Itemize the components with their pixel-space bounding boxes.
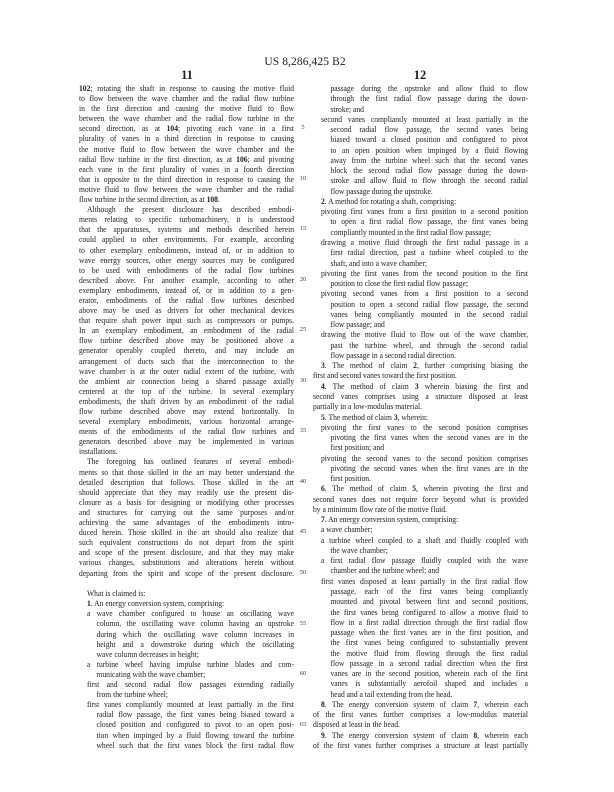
text-segment: . A method for rotating a shaft, compris…: [325, 196, 456, 206]
text-line: through the first radial flow passage du…: [313, 93, 528, 103]
text-segment: and structures for carrying out the same…: [79, 507, 294, 517]
text-line: the wave chamber;: [313, 545, 528, 555]
line-number: 15: [296, 225, 310, 233]
line-number: 50: [296, 569, 310, 577]
column-number-right: 12: [400, 68, 440, 82]
text-segment: of the first vanes further comprises a s…: [313, 740, 528, 750]
text-line: 2. A method for rotating a shaft, compri…: [313, 196, 528, 206]
text-line: 102; rotating the shaft in response to c…: [79, 83, 294, 93]
text-line: that the apparatuses, systems and method…: [79, 224, 294, 234]
text-line: vanes is substantially aerofoil shaped a…: [313, 678, 528, 688]
text-line: installations.: [79, 446, 294, 456]
text-segment: generators described above may be implem…: [79, 436, 294, 446]
text-line: erator, embodiments of the radial flow t…: [79, 295, 294, 305]
text-line: a first radial flow passage fluidly coup…: [313, 555, 528, 565]
text-line: shaft, and into a wave chamber;: [313, 258, 528, 268]
text-segment: the ambient air connection being a share…: [79, 376, 294, 386]
text-segment: a wave chamber configured to house an os…: [87, 608, 294, 618]
text-segment: flow passage in a second radial directio…: [330, 658, 528, 668]
text-segment: wave column decreases in height;: [96, 649, 198, 659]
text-line: closure as a basis for designing or modi…: [79, 497, 294, 507]
line-number: 45: [296, 528, 310, 536]
text-line: by a minimum flow rate of the motive flu…: [313, 504, 528, 514]
text-segment: flow in a first radial direction through…: [330, 617, 528, 627]
text-line: the ambient air connection being a share…: [79, 376, 294, 386]
text-line: ments relating to specific turbomachiner…: [79, 214, 294, 224]
text-segment: stroke; and: [330, 104, 364, 114]
text-segment: flow turbine described above may be posi…: [79, 335, 294, 345]
text-segment: first position.: [330, 473, 371, 483]
text-segment: ; rotating the shaft in response to caus…: [90, 83, 294, 93]
text-segment: wave chamber is at the outer radial exte…: [79, 366, 294, 376]
text-line: flow turbine in the second direction, as…: [79, 194, 294, 204]
reference-number: 108: [207, 194, 218, 204]
line-number: 35: [296, 427, 310, 435]
text-line: pivoting the first vanes from the second…: [313, 268, 528, 278]
line-number: 30: [296, 377, 310, 385]
text-segment: flow turbine in the second direction, as…: [79, 194, 207, 204]
text-line: away from the turbine wheel such that th…: [313, 155, 528, 165]
text-line: such equivalent constructions do not dep…: [79, 537, 294, 547]
text-line: to open a first radial flow passage, the…: [313, 216, 528, 226]
text-segment: first radial direction, past a turbine w…: [330, 247, 528, 257]
text-line: The foregoing has outlined features of s…: [79, 456, 294, 466]
text-segment: closed position and configured to pivot …: [96, 719, 294, 729]
text-segment: shaft, and into a wave chamber;: [330, 258, 427, 268]
text-line: partially in a low-modulus material.: [313, 401, 528, 411]
text-segment: centered at the top of the turbine. In s…: [79, 386, 294, 396]
text-segment: motive fluid to flow between the wave ch…: [79, 184, 294, 194]
text-line: achieving the same advantages of the emb…: [79, 517, 294, 527]
text-line: the first vanes being configured to allo…: [313, 607, 528, 617]
text-line: generator operably coupled thereto, and …: [79, 345, 294, 355]
text-line: tion when impinged by a fluid flowing to…: [79, 730, 294, 740]
text-line: exemplary embodiments, instead of, or in…: [79, 285, 294, 295]
text-segment: . The method of claim: [325, 412, 394, 422]
text-segment: passage during the upstroke and allow fl…: [330, 83, 528, 93]
text-segment: detailed description that follows. Those…: [79, 477, 294, 487]
text-line: 3. The method of claim 2, further compri…: [313, 360, 528, 370]
text-line: vanes are in the second position, wherei…: [313, 668, 528, 678]
text-segment: to flow between the wave chamber and the…: [79, 93, 294, 103]
text-line: to flow between the wave chamber and the…: [79, 93, 294, 103]
patent-page: US 8,286,425 B2 11 12 102; rotating the …: [0, 0, 614, 792]
text-column-left: 102; rotating the shaft in response to c…: [79, 83, 294, 750]
text-line: flow passage in a second radial directio…: [313, 658, 528, 668]
text-segment: , wherein pivoting the first and: [416, 483, 528, 493]
text-segment: closure as a basis for designing or modi…: [79, 497, 294, 507]
text-segment: the wave chamber;: [330, 545, 387, 555]
text-segment: Although the present disclosure has desc…: [87, 204, 294, 214]
text-line: that require shaft power input such as c…: [79, 315, 294, 325]
text-line: pivoting the first vanes to the second p…: [313, 422, 528, 432]
text-line: described above. For another example, ac…: [79, 275, 294, 285]
text-line: duced herein. Those skilled in the art s…: [79, 527, 294, 537]
text-segment: In an exemplary embodiment, an embodimen…: [79, 325, 294, 335]
text-segment: several exemplary embodiments, various h…: [79, 416, 294, 426]
text-line: of the first vanes further comprises a l…: [313, 709, 528, 719]
reference-number: 102: [79, 83, 90, 93]
text-line: first radial direction, past a turbine w…: [313, 247, 528, 257]
text-segment: to other exemplary embodiments, instead …: [79, 245, 294, 255]
text-line: first position; and: [313, 442, 528, 452]
text-line: drawing the motive fluid to flow out of …: [313, 329, 528, 339]
reference-number: 106: [236, 154, 247, 164]
text-line: above may be used as drivers for other m…: [79, 305, 294, 315]
text-segment: the first vanes being configured to subs…: [330, 637, 528, 647]
text-line: flow passage; and: [313, 319, 528, 329]
text-segment: between the wave chamber and the radial …: [79, 113, 294, 123]
text-line: pivoting the first vanes when the second…: [313, 432, 528, 442]
text-segment: . The method of claim: [325, 360, 413, 370]
text-segment: ; and pivoting: [248, 154, 294, 164]
text-segment: . The energy conversion system of claim: [325, 699, 474, 709]
text-line: flow in a first radial direction through…: [313, 617, 528, 627]
text-line: a turbine wheel coupled to a shaft and f…: [313, 535, 528, 545]
text-line: ments so that those skilled in the art m…: [79, 467, 294, 477]
text-segment: from the turbine wheel;: [96, 689, 167, 699]
line-number: 10: [296, 175, 310, 183]
text-line: each vane in the first plurality of vane…: [79, 164, 294, 174]
text-line: should appreciate that they may readily …: [79, 487, 294, 497]
text-line: first vanes disposed at least partially …: [313, 576, 528, 586]
text-line: during which the oscillating wave column…: [79, 629, 294, 639]
text-segment: installations.: [79, 446, 118, 456]
text-line: vanes being compliantly mounted in the s…: [313, 309, 528, 319]
text-line: the first vanes being configured to subs…: [313, 637, 528, 647]
text-line: passage when the first vanes are in the …: [313, 627, 528, 637]
text-line: that is opposite to the third direction …: [79, 174, 294, 184]
text-line: between the wave chamber and the radial …: [79, 113, 294, 123]
text-line: 4. The method of claim 3 wherein biasing…: [313, 381, 528, 391]
text-segment: erator, embodiments of the radial flow t…: [79, 295, 294, 305]
text-segment: head and a tail extending from the head.: [330, 689, 452, 699]
text-segment: What is claimed is:: [87, 588, 145, 598]
text-line: Although the present disclosure has desc…: [79, 204, 294, 214]
text-line: flow turbine described above may extend …: [79, 406, 294, 416]
text-segment: ments relating to specific turbomachiner…: [79, 214, 294, 224]
text-segment: municating with the wave chamber;: [96, 669, 205, 679]
text-segment: a wave chamber;: [321, 524, 372, 534]
text-segment: first and second radial flow passages ex…: [87, 679, 294, 689]
text-segment: that require shaft power input such as c…: [79, 315, 294, 325]
text-line: embodiments, the shaft driven by an embo…: [79, 396, 294, 406]
text-segment: pivoting the first vanes from the second…: [321, 268, 528, 278]
text-line: several exemplary embodiments, various h…: [79, 416, 294, 426]
text-segment: first vanes disposed at least partially …: [321, 576, 528, 586]
text-segment: radial flow turbine in the first directi…: [79, 154, 236, 164]
text-segment: second direction, as at: [79, 123, 167, 133]
text-segment: above may be used as drivers for other m…: [79, 305, 294, 315]
text-segment: achieving the same advantages of the emb…: [79, 517, 294, 527]
text-line: stroke; and: [313, 104, 528, 114]
text-line: second vanes does not require force beyo…: [313, 494, 528, 504]
text-segment: exemplary embodiments, instead of, or in…: [79, 285, 294, 295]
text-line: drawing a motive fluid through the first…: [313, 237, 528, 247]
text-line: to other exemplary embodiments, instead …: [79, 245, 294, 255]
text-segment: . The energy conversion system of claim: [325, 730, 474, 740]
blank-line: [79, 578, 294, 589]
text-line: second vanes comprises using a structure…: [313, 391, 528, 401]
text-line: to be used with embodiments of the radia…: [79, 265, 294, 275]
text-segment: through the first radial flow passage du…: [330, 93, 528, 103]
line-number: 60: [296, 670, 310, 678]
text-line: 7. An energy conversion system, comprisi…: [313, 514, 528, 524]
text-segment: position to close the first radial flow …: [330, 278, 468, 288]
text-line: column, the oscillating wave column havi…: [79, 618, 294, 628]
text-line: second direction, as at 104; pivoting ea…: [79, 123, 294, 133]
text-segment: . The method of claim: [325, 483, 412, 493]
text-line: wheel such that the first vanes block th…: [79, 740, 294, 750]
text-line: radial flow passage, the first vanes bei…: [79, 709, 294, 719]
text-line: various changes, substitutions and alter…: [79, 557, 294, 567]
text-line: biased toward a closed position and conf…: [313, 134, 528, 144]
text-column-right: passage during the upstroke and allow fl…: [313, 83, 528, 750]
text-segment: . The method of claim: [325, 381, 415, 391]
text-line: position to open a second radial flow pa…: [313, 299, 528, 309]
text-segment: stroke and allow fluid to flow through t…: [330, 175, 528, 185]
text-line: pivoting the second vanes to the second …: [313, 453, 528, 463]
text-line: 8. The energy conversion system of claim…: [313, 699, 528, 709]
text-line: 5. The method of claim 3, wherein:: [313, 412, 528, 422]
text-segment: that is opposite to the third direction …: [79, 174, 294, 184]
text-segment: position to open a second radial flow pa…: [330, 299, 528, 309]
text-line: a wave chamber;: [313, 524, 528, 534]
text-segment: ; pivoting each vane in a first: [178, 123, 294, 133]
text-segment: flow passage in a second radial directio…: [330, 350, 455, 360]
text-segment: flow passage during the upstroke.: [330, 186, 432, 196]
text-segment: that the apparatuses, systems and method…: [79, 224, 294, 234]
text-line: passage, each of the first vanes being c…: [313, 586, 528, 596]
text-segment: pivoting the second vanes to the second …: [321, 453, 528, 463]
text-line: the motive fluid from flowing through th…: [313, 648, 528, 658]
text-segment: described above. For another example, ac…: [79, 275, 294, 285]
text-segment: wherein biasing the first and: [419, 381, 528, 391]
text-line: compliantly mounted in the first radial …: [313, 227, 528, 237]
text-line: motive fluid to flow between the wave ch…: [79, 184, 294, 194]
text-line: flow passage during the upstroke.: [313, 186, 528, 196]
text-segment: chamber and the turbine wheel; and: [330, 565, 439, 575]
text-line: 6. The method of claim 5, wherein pivoti…: [313, 483, 528, 493]
text-line: What is claimed is:: [79, 588, 294, 598]
text-line: chamber and the turbine wheel; and: [313, 565, 528, 575]
text-segment: duced herein. Those skilled in the art s…: [79, 527, 294, 537]
text-line: closed position and configured to pivot …: [79, 719, 294, 729]
text-line: past the turbine wheel, and through the …: [313, 340, 528, 350]
line-number: 65: [296, 721, 310, 729]
text-line: flow turbine described above may be posi…: [79, 335, 294, 345]
text-line: mounted and pivotal between first and se…: [313, 596, 528, 606]
text-segment: pivoting second vanes from a first posit…: [321, 288, 528, 298]
text-line: first vanes compliantly mounted at least…: [79, 699, 294, 709]
line-number: 25: [296, 326, 310, 334]
text-segment: The foregoing has outlined features of s…: [87, 456, 294, 466]
text-segment: , wherein each: [477, 699, 528, 709]
text-line: arrangement of ducts such that the inter…: [79, 356, 294, 366]
text-line: in the first direction and causing the m…: [79, 103, 294, 113]
text-segment: the first vanes being configured to allo…: [330, 607, 528, 617]
text-segment: . An energy conversion system, comprisin…: [91, 598, 224, 608]
text-segment: second vanes comprises using a structure…: [313, 391, 528, 401]
text-segment: to be used with embodiments of the radia…: [79, 265, 294, 275]
text-line: 9. The energy conversion system of claim…: [313, 730, 528, 740]
text-line: a wave chamber configured to house an os…: [79, 608, 294, 618]
text-line: stroke and allow fluid to flow through t…: [313, 175, 528, 185]
patent-number-header: US 8,286,425 B2: [205, 55, 405, 69]
text-segment: biased toward a closed position and conf…: [330, 134, 528, 144]
text-line: height and a downstroke during which the…: [79, 639, 294, 649]
text-line: generators described above may be implem…: [79, 436, 294, 446]
text-segment: passage, each of the first vanes being c…: [330, 586, 528, 596]
text-line: 1. An energy conversion system, comprisi…: [79, 598, 294, 608]
text-segment: of the first vanes further comprises a l…: [313, 709, 528, 719]
text-segment: pivoting the second vanes when the first…: [330, 463, 528, 473]
text-segment: vanes is substantially aerofoil shaped a…: [330, 678, 528, 688]
text-line: a turbine wheel having impulse turbine b…: [79, 659, 294, 669]
text-segment: ments of the embodiments of the radial f…: [79, 426, 294, 436]
text-segment: first vanes compliantly mounted at least…: [87, 699, 294, 709]
text-line: pivoting the second vanes when the first…: [313, 463, 528, 473]
text-segment: drawing the motive fluid to flow out of …: [321, 329, 528, 339]
text-line: and structures for carrying out the same…: [79, 507, 294, 517]
text-segment: various changes, substitutions and alter…: [79, 557, 294, 567]
text-segment: pivoting the first vanes when the second…: [330, 432, 528, 442]
text-segment: pivoting first vanes from a first positi…: [321, 206, 528, 216]
text-segment: first and second vanes toward the first …: [313, 370, 457, 380]
text-segment: wheel such that the first vanes block th…: [96, 740, 294, 750]
text-segment: should appreciate that they may readily …: [79, 487, 294, 497]
line-number: 55: [296, 620, 310, 628]
text-segment: to open a first radial flow passage, the…: [330, 216, 528, 226]
text-segment: and scope of the present disclosure, and…: [79, 547, 294, 557]
text-line: head and a tail extending from the head.: [313, 689, 528, 699]
text-segment: .: [218, 194, 220, 204]
text-line: wave column decreases in height;: [79, 649, 294, 659]
text-line: disposed at least in the head.: [313, 719, 528, 729]
text-line: from the turbine wheel;: [79, 689, 294, 699]
text-line: position to close the first radial flow …: [313, 278, 528, 288]
text-line: first position.: [313, 473, 528, 483]
line-number: 40: [296, 478, 310, 486]
text-segment: second vanes does not require force beyo…: [313, 494, 528, 504]
text-segment: each vane in the first plurality of vane…: [79, 164, 294, 174]
text-line: block the second radial flow passage dur…: [313, 165, 528, 175]
text-line: of the first vanes further comprises a s…: [313, 740, 528, 750]
text-segment: compliantly mounted in the first radial …: [330, 227, 490, 237]
text-segment: embodiments, the shaft driven by an embo…: [79, 396, 294, 406]
text-segment: pivoting the first vanes to the second p…: [321, 422, 528, 432]
text-line: passage during the upstroke and allow fl…: [313, 83, 528, 93]
text-line: the motive fluid to flow between the wav…: [79, 144, 294, 154]
text-line: departing from the spirit and scope of t…: [79, 568, 294, 578]
line-number: 20: [296, 276, 310, 284]
text-segment: plurality of vanes in a third direction …: [79, 133, 294, 143]
text-segment: tion when impinged by a fluid flowing to…: [96, 730, 294, 740]
text-segment: disposed at least in the head.: [313, 719, 400, 729]
text-line: pivoting first vanes from a first positi…: [313, 206, 528, 216]
text-line: ments of the embodiments of the radial f…: [79, 426, 294, 436]
line-number: 5: [296, 124, 310, 132]
text-segment: during which the oscillating wave column…: [96, 629, 294, 639]
text-segment: vanes being compliantly mounted in the s…: [330, 309, 528, 319]
text-segment: partially in a low-modulus material.: [313, 401, 422, 411]
text-segment: block the second radial flow passage dur…: [330, 165, 528, 175]
text-segment: departing from the spirit and scope of t…: [79, 568, 294, 578]
text-segment: past the turbine wheel, and through the …: [330, 340, 528, 350]
text-segment: , further comprising biasing the: [417, 360, 528, 370]
text-segment: in the first direction and causing the m…: [79, 103, 294, 113]
text-line: pivoting second vanes from a first posit…: [313, 288, 528, 298]
text-segment: second vanes compliantly mounted at leas…: [321, 114, 528, 124]
text-segment: ments so that those skilled in the art m…: [79, 467, 294, 477]
text-line: first and second vanes toward the first …: [313, 370, 528, 380]
text-segment: flow turbine described above may extend …: [79, 406, 294, 416]
text-segment: , wherein each: [477, 730, 528, 740]
text-segment: second radial flow passage, the second v…: [330, 124, 528, 134]
text-line: could applied to other environments. For…: [79, 234, 294, 244]
text-segment: first position; and: [330, 442, 384, 452]
text-line: wave chamber is at the outer radial exte…: [79, 366, 294, 376]
text-line: second vanes compliantly mounted at leas…: [313, 114, 528, 124]
text-segment: away from the turbine wheel such that th…: [330, 155, 528, 165]
text-segment: generator operably coupled thereto, and …: [79, 345, 294, 355]
text-line: municating with the wave chamber;: [79, 669, 294, 679]
text-line: to an open position when impinged by a f…: [313, 145, 528, 155]
text-line: wave energy sources, other energy source…: [79, 255, 294, 265]
text-line: flow passage in a second radial directio…: [313, 350, 528, 360]
text-segment: the motive fluid to flow between the wav…: [79, 144, 294, 154]
text-segment: a first radial flow passage fluidly coup…: [321, 555, 528, 565]
text-segment: by a minimum flow rate of the motive flu…: [313, 504, 447, 514]
text-segment: a turbine wheel having impulse turbine b…: [87, 659, 294, 669]
text-segment: to an open position when impinged by a f…: [330, 145, 528, 155]
text-segment: radial flow passage, the first vanes bei…: [96, 709, 294, 719]
text-line: centered at the top of the turbine. In s…: [79, 386, 294, 396]
text-segment: flow passage; and: [330, 319, 384, 329]
text-line: radial flow turbine in the first directi…: [79, 154, 294, 164]
text-segment: vanes are in the second position, wherei…: [330, 668, 528, 678]
text-segment: height and a downstroke during which the…: [96, 639, 294, 649]
text-segment: arrangement of ducts such that the inter…: [79, 356, 294, 366]
text-segment: drawing a motive fluid through the first…: [321, 237, 528, 247]
text-segment: wave energy sources, other energy source…: [79, 255, 294, 265]
column-number-left: 11: [167, 68, 207, 82]
text-segment: the motive fluid from flowing through th…: [330, 648, 528, 658]
text-segment: , wherein:: [398, 412, 428, 422]
text-segment: could applied to other environments. For…: [79, 234, 294, 244]
text-line: detailed description that follows. Those…: [79, 477, 294, 487]
text-segment: passage when the first vanes are in the …: [330, 627, 528, 637]
text-segment: column, the oscillating wave column havi…: [96, 618, 294, 628]
text-line: and scope of the present disclosure, and…: [79, 547, 294, 557]
text-line: second radial flow passage, the second v…: [313, 124, 528, 134]
text-line: In an exemplary embodiment, an embodimen…: [79, 325, 294, 335]
text-segment: such equivalent constructions do not dep…: [79, 537, 294, 547]
text-segment: mounted and pivotal between first and se…: [330, 596, 528, 606]
text-line: plurality of vanes in a third direction …: [79, 133, 294, 143]
text-segment: a turbine wheel coupled to a shaft and f…: [321, 535, 528, 545]
text-segment: . An energy conversion system, comprisin…: [325, 514, 458, 524]
reference-number: 104: [167, 123, 178, 133]
text-line: first and second radial flow passages ex…: [79, 679, 294, 689]
